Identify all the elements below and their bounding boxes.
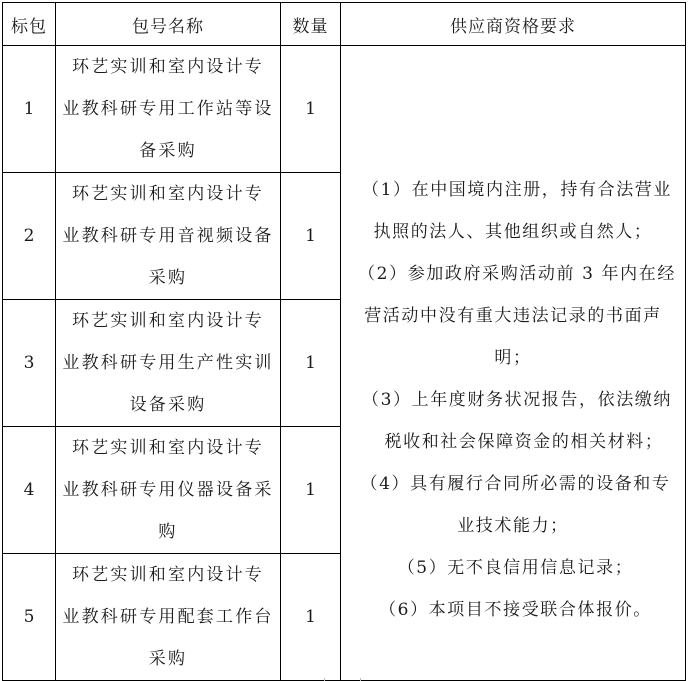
package-name: 环艺实训和室内设计专 业教科研专用仪器设备采 购 [56,427,281,554]
lot-number: 2 [3,173,56,300]
package-name-line: 业教科研专用工作站等设 [56,88,280,130]
lot-number: 1 [3,46,56,173]
package-name-line: 购 [56,511,280,553]
quantity: 1 [281,46,341,173]
requirement-line: 执照的法人、其他组织或自然人； [341,211,685,253]
requirement-line: 营活动中没有重大违法记录的书面声 [341,295,685,337]
package-name: 环艺实训和室内设计专 业教科研专用配套工作台 采购 [56,554,281,681]
package-name-line: 业教科研专用音视频设备 [56,215,280,257]
quantity: 1 [281,554,341,681]
package-name-line: 环艺实训和室内设计专 [56,554,280,596]
header-lot: 标包 [3,3,56,46]
quantity: 1 [281,173,341,300]
requirements-cell: （1）在中国境内注册，持有合法营业 执照的法人、其他组织或自然人； （2）参加政… [341,46,686,681]
package-name-line: 备采购 [56,130,280,172]
package-name-line: 采购 [56,638,280,680]
package-name-line: 环艺实训和室内设计专 [56,300,280,342]
header-quantity: 数量 [281,3,341,46]
package-name-line: 业教科研专用配套工作台 [56,596,280,638]
requirement-line: 税收和社会保障资金的相关材料； [341,421,685,463]
requirement-line: （3）上年度财务状况报告，依法缴纳 [341,379,685,421]
requirement-line: （1）在中国境内注册，持有合法营业 [341,169,685,211]
requirement-line: 明； [341,337,685,379]
requirement-line: （6）本项目不接受联合体报价。 [341,589,685,631]
package-name-line: 环艺实训和室内设计专 [56,427,280,469]
package-name-line: 环艺实训和室内设计专 [56,46,280,88]
package-name: 环艺实训和室内设计专 业教科研专用生产性实训 设备采购 [56,300,281,427]
requirement-line: 业技术能力； [341,505,685,547]
lot-number: 5 [3,554,56,681]
package-name-line: 环艺实训和室内设计专 [56,173,280,215]
package-name-line: 业教科研专用仪器设备采 [56,469,280,511]
package-name: 环艺实训和室内设计专 业教科研专用工作站等设 备采购 [56,46,281,173]
package-name: 环艺实训和室内设计专 业教科研专用音视频设备 采购 [56,173,281,300]
header-package-name: 包号名称 [56,3,281,46]
requirement-line: （4）具有履行合同所必需的设备和专 [341,463,685,505]
table-row: 1 环艺实训和室内设计专 业教科研专用工作站等设 备采购 1 （1）在中国境内注… [3,46,686,173]
supplier-qualification-table: 标包 包号名称 数量 供应商资格要求 1 环艺实训和室内设计专 业教科研专用工作… [2,2,686,681]
quantity: 1 [281,300,341,427]
requirement-line: （2）参加政府采购活动前 3 年内在经 [341,253,685,295]
package-name-line: 采购 [56,257,280,299]
lot-number: 3 [3,300,56,427]
requirement-line: （5）无不良信用信息记录； [341,547,685,589]
package-name-line: 业教科研专用生产性实训 [56,342,280,384]
lot-number: 4 [3,427,56,554]
table-header-row: 标包 包号名称 数量 供应商资格要求 [3,3,686,46]
package-name-line: 设备采购 [56,384,280,426]
quantity: 1 [281,427,341,554]
header-requirements: 供应商资格要求 [341,3,686,46]
